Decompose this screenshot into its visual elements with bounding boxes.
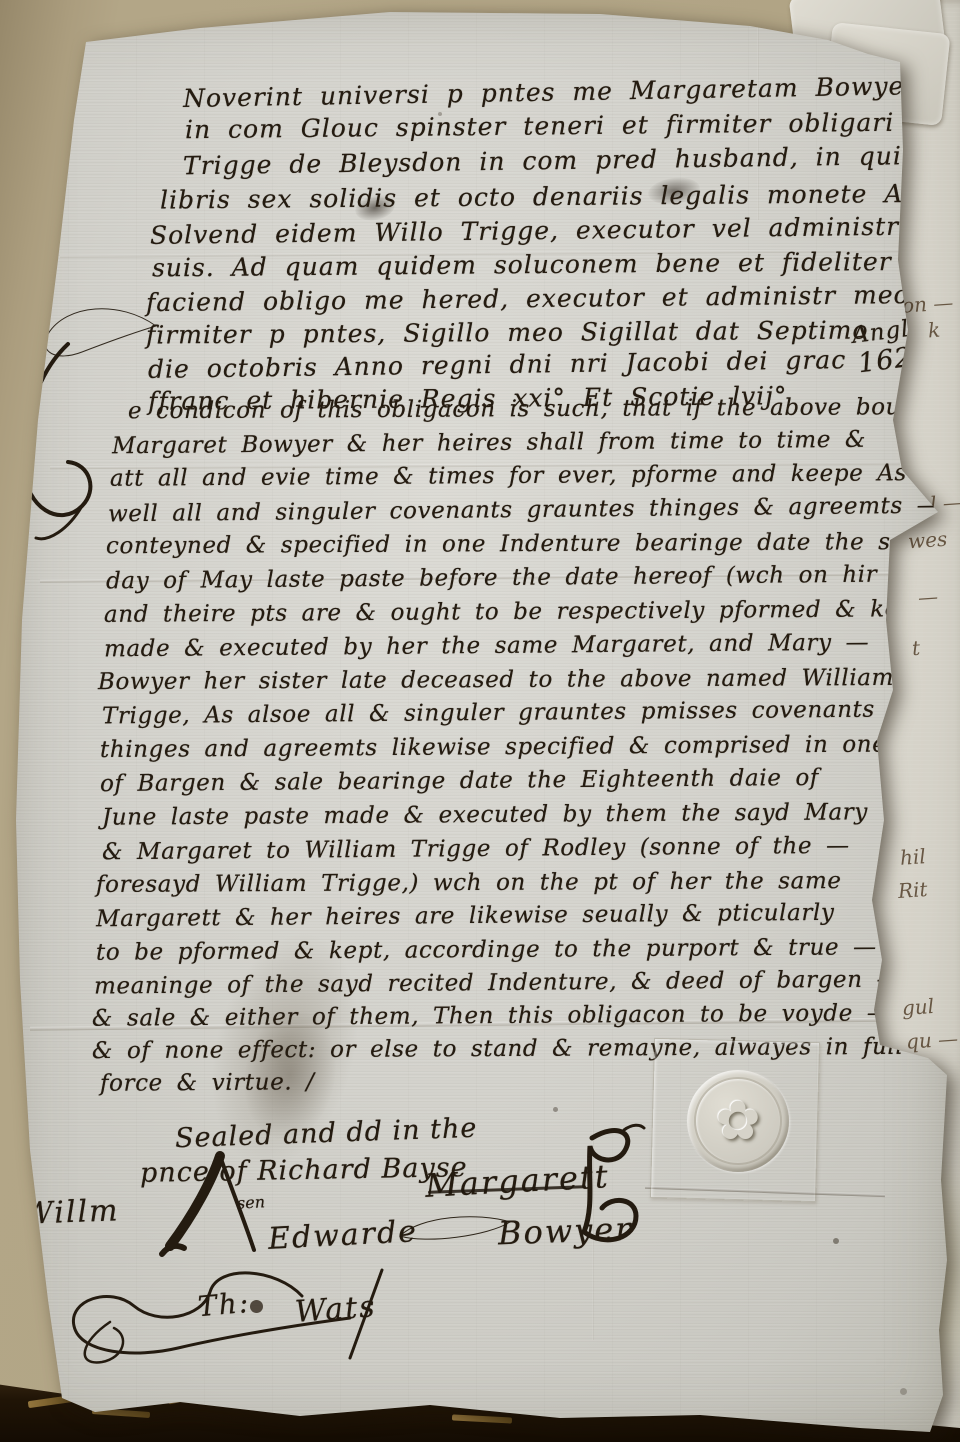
ink-spot <box>900 1388 907 1395</box>
manuscript-line: firmiter p pntes, Sigillo meo Sigillat d… <box>146 315 869 349</box>
manuscript-line: thinges and agreemts likewise specified … <box>100 731 960 763</box>
manuscript-line: Trigge de Bleysdon in com pred husband, … <box>183 141 936 181</box>
manuscript-line: conteyned & specified in one Indenture b… <box>106 529 960 560</box>
manuscript-line: libris sex solidis et octo denariis lega… <box>160 178 960 214</box>
manuscript-line: and theire pts are & ought to be respect… <box>104 596 924 628</box>
manuscript-line: foresayd William Trigge,) wch on the pt … <box>96 868 842 898</box>
witness-mark-arrow <box>160 1150 280 1260</box>
signatory-personal-mark <box>540 1120 660 1260</box>
signature-lead-swash <box>392 1206 522 1250</box>
manuscript-line: day of May laste paste before the date h… <box>106 562 878 595</box>
manuscript-line: June laste paste made & executed by them… <box>102 799 868 830</box>
ink-spot <box>833 1238 839 1244</box>
manuscript-line: e condicon of this obligacon is such, th… <box>128 394 960 425</box>
embossed-seal: ✿ <box>687 1070 789 1172</box>
manuscript-line: made & executed by her the same Margaret… <box>104 630 869 663</box>
manuscript-line: to be pformed & kept, accordinge to the … <box>96 934 877 965</box>
ink-spot <box>553 1107 558 1112</box>
signature-flourish <box>50 1262 420 1382</box>
manuscript-line: Trigge, As alsoe all & singuler grauntes… <box>102 697 875 730</box>
manuscript-line: in com Glouc spinster teneri et firmiter… <box>185 107 960 144</box>
manuscript-line: of Bargen & sale bearinge date the Eight… <box>100 765 819 797</box>
manuscript-line: force & virtue. / <box>100 1069 315 1096</box>
manuscript-line: Noverint universi p pntes me Margaretam … <box>183 68 960 113</box>
manuscript-line: & Margaret to William Trigge of Rodley (… <box>102 833 850 866</box>
manuscript-line: die octobris Anno regni dni nri Jacobi d… <box>148 345 847 384</box>
manuscript-page: Noverint universi p pntes me Margaretam … <box>0 0 960 1442</box>
manuscript-line: Margarett & her heires are likewise seua… <box>96 900 835 932</box>
manuscript-line: suis. Ad quam quidem soluconem bene et f… <box>152 247 935 283</box>
manuscript-line: & sale & either of them, Then this oblig… <box>92 1000 891 1032</box>
witness-signature-willm: Willm <box>21 1193 120 1231</box>
manuscript-line: meaninge of the sayd recited Indenture, … <box>94 966 900 999</box>
manuscript-line: Solvend eidem Willo Trigge, executor vel… <box>150 211 942 250</box>
manuscript-line: Bowyer her sister late deceased to the a… <box>98 665 894 695</box>
rosette-seal-icon: ✿ <box>715 1094 760 1148</box>
photograph-of-manuscript: on — k igul — wes — t hil Rit gul qu — r… <box>0 0 960 1442</box>
manuscript-line: well all and singuler covenants grauntes… <box>108 493 941 528</box>
manuscript-line: Margaret Bowyer & her heires shall from … <box>112 427 866 460</box>
manuscript-line: faciend obligo me hered, executor et adm… <box>146 280 924 317</box>
manuscript-line: att all and evie time & times for ever, … <box>110 460 907 492</box>
